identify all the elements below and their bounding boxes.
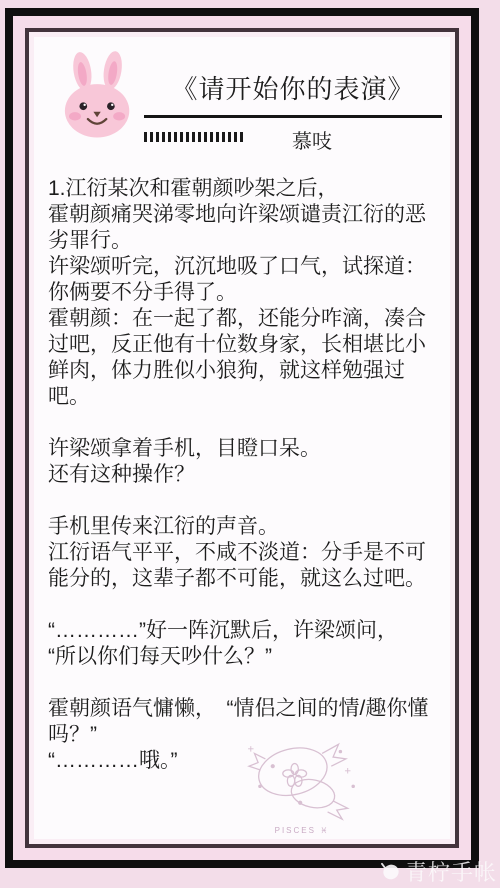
pisces-watermark: PISCES ♓ [238,733,366,835]
author-name: 慕吱 [163,125,450,154]
title-underline [144,115,442,118]
pisces-label: PISCES ♓ [238,826,366,835]
story-paragraph: 许梁颂拿着手机，目瞪口呆。 还有这种操作？ [48,436,442,488]
inner-dark-frame: 《请开始你的表演》 慕吱 1.江衍某次和霍朝颜吵架之后， 霍朝颜痛哭涕零地向许梁… [25,28,459,848]
story-paragraph: “…………”好一阵沉默后，许梁颂问， “所以你们每天吵什么？” [48,618,442,670]
content-card: 《请开始你的表演》 慕吱 1.江衍某次和霍朝颜吵架之后， 霍朝颜痛哭涕零地向许梁… [34,37,450,839]
lime-icon [381,862,401,881]
book-title: 《请开始你的表演》 [144,69,442,106]
pisces-fish-icon [238,733,366,825]
story-card-page: 《请开始你的表演》 慕吱 1.江衍某次和霍朝颜吵架之后， 霍朝颜痛哭涕零地向许梁… [0,0,500,888]
card-header: 《请开始你的表演》 慕吱 [34,37,450,150]
brand-watermark: 青柠手帐 [381,856,497,887]
brand-watermark-text: 青柠手帐 [405,856,497,887]
story-text: 1.江衍某次和霍朝颜吵架之后， 霍朝颜痛哭涕零地向许梁颂谴责江衍的恶劣罪行。 许… [34,150,450,774]
story-paragraph: 手机里传来江衍的声音。 江衍语气平平，不咸不淡道：分手是不可能分的，这辈子都不可… [48,514,442,592]
subtitle-row: 慕吱 [144,125,442,149]
outer-black-frame: 《请开始你的表演》 慕吱 1.江衍某次和霍朝颜吵架之后， 霍朝颜痛哭涕零地向许梁… [5,8,479,868]
title-block: 《请开始你的表演》 慕吱 [144,49,442,150]
story-paragraph: 1.江衍某次和霍朝颜吵架之后， 霍朝颜痛哭涕零地向许梁颂谴责江衍的恶劣罪行。 许… [48,176,442,410]
bunny-icon [52,49,144,150]
